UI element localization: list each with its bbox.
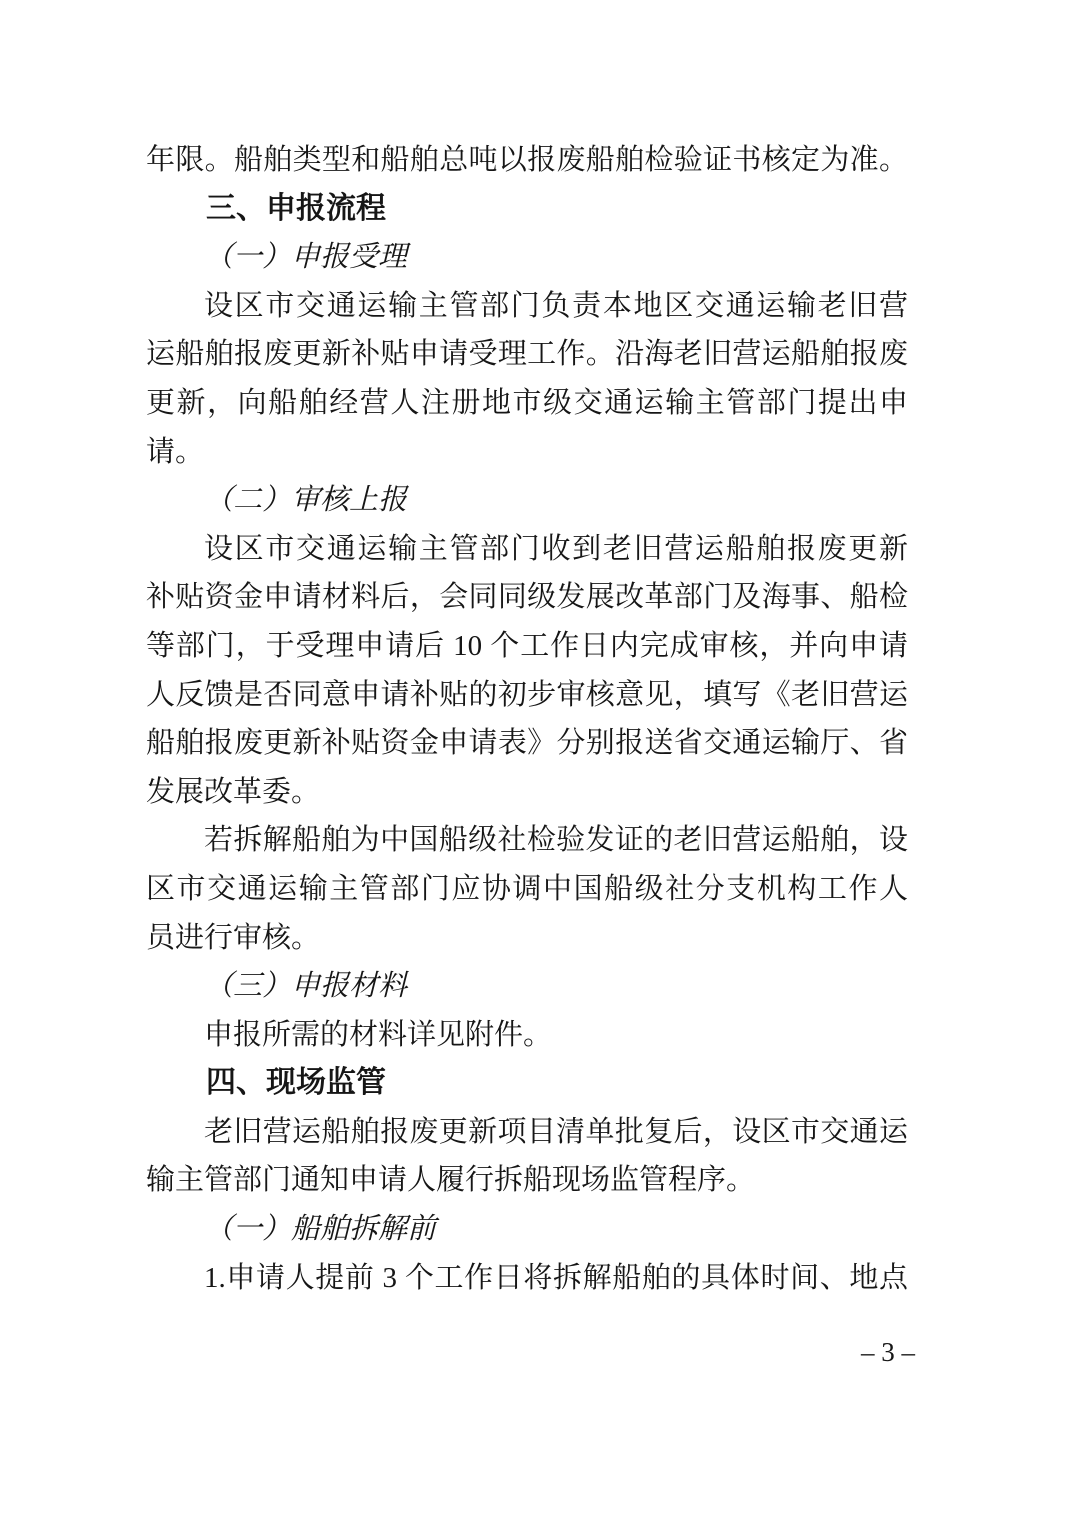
subsection-heading: （一）申报受理 xyxy=(146,233,908,282)
page-number: – 3 – xyxy=(861,1332,915,1372)
body-text-line: 设区市交通运输主管部门收到老旧营运船舶报废更新 xyxy=(146,525,908,574)
subsection-heading: （二）审核上报 xyxy=(146,476,908,525)
body-text-line: 区市交通运输主管部门应协调中国船级社分支机构工作人 xyxy=(146,865,908,914)
subsection-heading: （三）申报材料 xyxy=(146,962,908,1011)
body-text-line: 输主管部门通知申请人履行拆船现场监管程序。 xyxy=(146,1156,908,1205)
body-text-line: 等部门，于受理申请后 10 个工作日内完成审核，并向申请 xyxy=(146,622,908,671)
document-page: 年限。船舶类型和船舶总吨以报废船舶检验证书核定为准。三、申报流程（一）申报受理设… xyxy=(0,0,1074,1520)
body-text-line: 更新，向船舶经营人注册地市级交通运输主管部门提出申 xyxy=(146,379,908,428)
body-text-line: 1.申请人提前 3 个工作日将拆解船舶的具体时间、地点 xyxy=(146,1254,908,1303)
body-text-line: 年限。船舶类型和船舶总吨以报废船舶检验证书核定为准。 xyxy=(146,136,908,185)
section-heading: 四、现场监管 xyxy=(146,1059,908,1108)
body-text-line: 人反馈是否同意申请补贴的初步审核意见，填写《老旧营运 xyxy=(146,671,908,720)
body-text-line: 运船舶报废更新补贴申请受理工作。沿海老旧营运船舶报废 xyxy=(146,330,908,379)
body-text-line: 船舶报废更新补贴资金申请表》分别报送省交通运输厅、省 xyxy=(146,719,908,768)
body-text-line: 若拆解船舶为中国船级社检验发证的老旧营运船舶，设 xyxy=(146,816,908,865)
section-heading: 三、申报流程 xyxy=(146,185,908,234)
document-body: 年限。船舶类型和船舶总吨以报废船舶检验证书核定为准。三、申报流程（一）申报受理设… xyxy=(146,136,908,1302)
body-text-line: 请。 xyxy=(146,428,908,477)
body-text-line: 老旧营运船舶报废更新项目清单批复后，设区市交通运 xyxy=(146,1108,908,1157)
body-text-line: 申报所需的材料详见附件。 xyxy=(146,1011,908,1060)
body-text-line: 员进行审核。 xyxy=(146,914,908,963)
subsection-heading: （一）船舶拆解前 xyxy=(146,1205,908,1254)
body-text-line: 发展改革委。 xyxy=(146,768,908,817)
body-text-line: 设区市交通运输主管部门负责本地区交通运输老旧营 xyxy=(146,282,908,331)
body-text-line: 补贴资金申请材料后，会同同级发展改革部门及海事、船检 xyxy=(146,573,908,622)
